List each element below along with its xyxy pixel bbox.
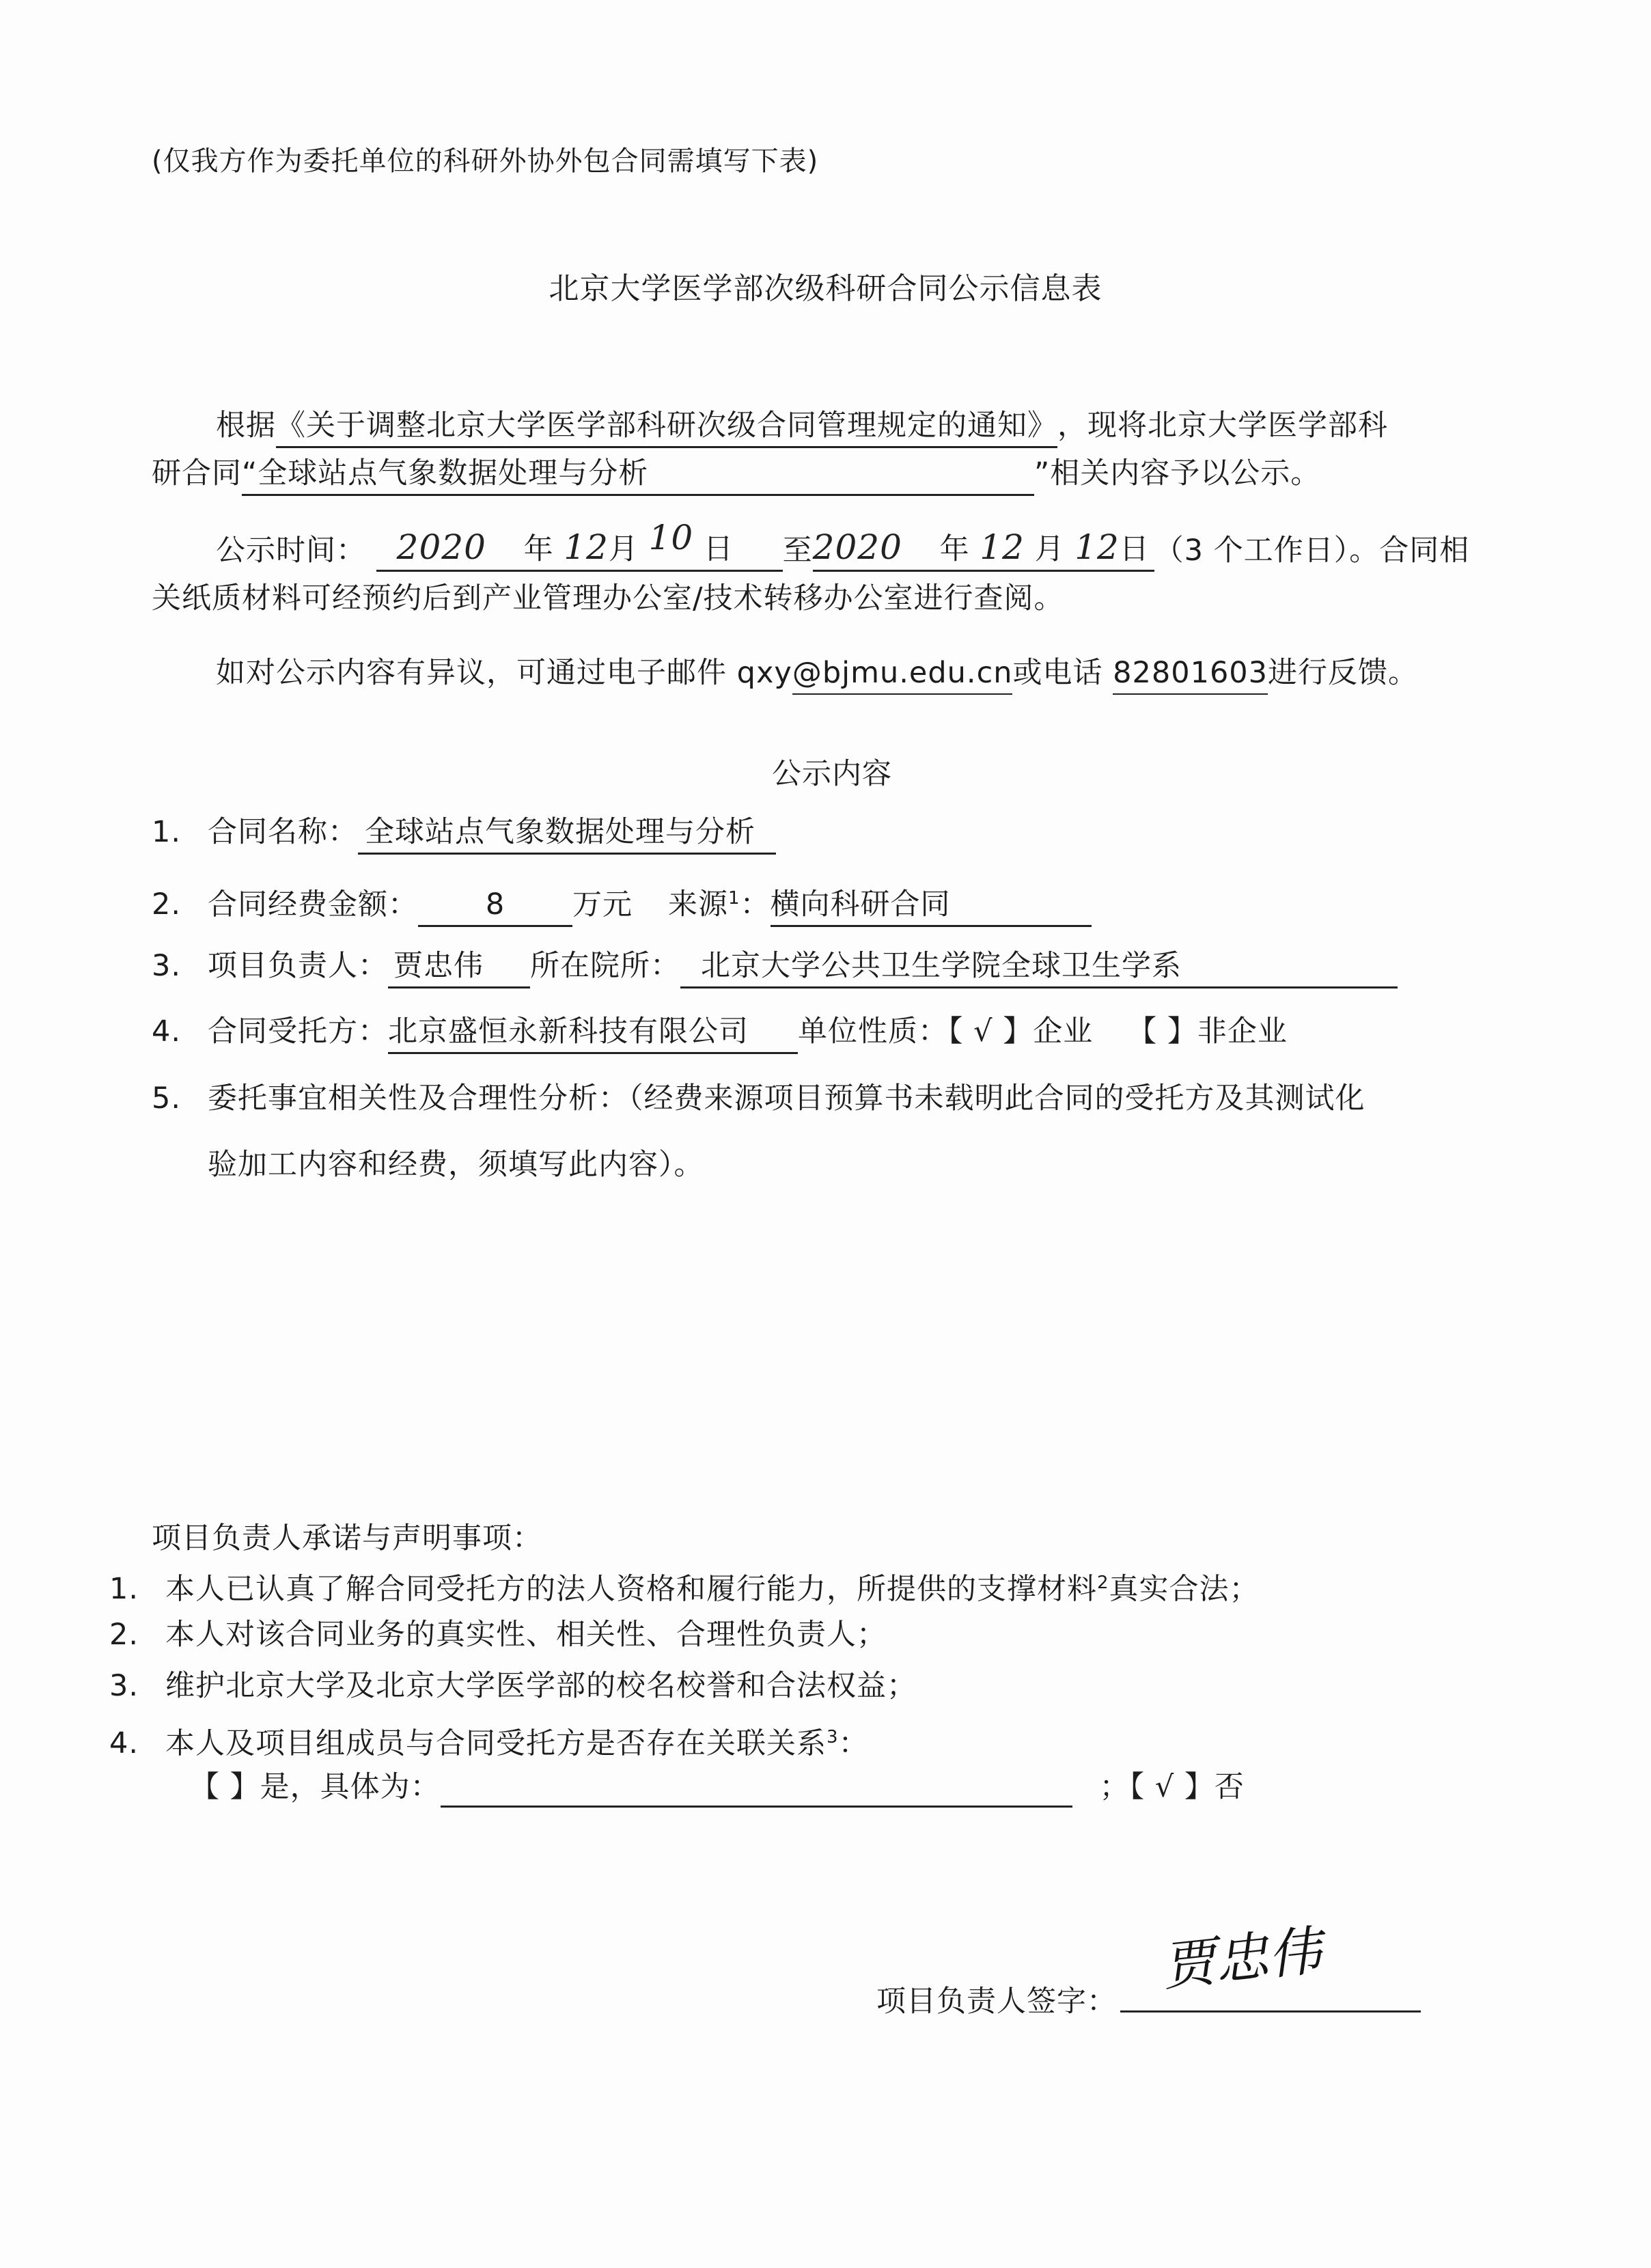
intro-line-2: 研合同“全球站点气象数据处理与分析”相关内容予以公示。 — [152, 453, 1320, 496]
footnote-2: 2 — [1097, 1573, 1109, 1593]
amount-unit: 万元 — [572, 887, 633, 922]
commitment-item: 4.本人及项目组成员与合同受托方是否存在关联关系3： — [109, 1717, 869, 1764]
leader-value: 贾忠伟 — [388, 945, 530, 988]
period-suffix: （3 个工作日）。合同相 — [1154, 534, 1470, 568]
analysis-note: （经费来源项目预算书未载明此合同的受托方及其测试化 — [628, 1081, 1365, 1116]
contract-name-value: 全球站点气象数据处理与分析 — [358, 812, 776, 855]
intro-middle: ，现将北京大学医学部科 — [1057, 409, 1388, 443]
period-to: 至 — [783, 534, 813, 568]
item-project-leader: 3.项目负责人：贾忠伟所在院所：北京大学公共卫生学院全球卫生学系 — [152, 945, 1398, 988]
institute-value: 北京大学公共卫生学院全球卫生学系 — [680, 945, 1398, 988]
item-label: 委托事宜相关性及合理性分析： — [208, 1081, 628, 1116]
no-checkbox[interactable]: 【 √ 】 — [1130, 1770, 1215, 1804]
item-contractor: 4.合同受托方：北京盛恒永新科技有限公司单位性质：【 √ 】企业【 】非企业 — [152, 1011, 1288, 1054]
phone-number: 82801603 — [1113, 652, 1268, 695]
related-detail-field[interactable] — [441, 1770, 1072, 1808]
footnote-3: 3 — [827, 1727, 839, 1747]
intro-line2-prefix: 研合同 — [152, 456, 242, 490]
start-month: 12 — [564, 527, 609, 567]
nature-label: 单位性质： — [798, 1014, 948, 1049]
signature-line — [1120, 2010, 1421, 2013]
period-line-1: 公示时间： 2020 年 12月 10 日 至 2020 年 12 月 12日 … — [216, 528, 1469, 573]
source-value: 横向科研合同 — [771, 884, 1092, 927]
enterprise-label: 企业 — [1033, 1014, 1093, 1049]
contract-name-field: “全球站点气象数据处理与分析 — [242, 453, 1034, 496]
item-label: 合同名称： — [208, 815, 358, 849]
item-label: 合同经费金额： — [208, 887, 418, 922]
no-label: 否 — [1215, 1770, 1245, 1804]
end-month: 12 — [980, 527, 1025, 567]
form-note: (仅我方作为委托单位的科研外协外包合同需填写下表) — [152, 141, 818, 182]
intro-line-1: 根据《关于调整北京大学医学部科研次级合同管理规定的通知》，现将北京大学医学部科 — [216, 405, 1388, 448]
email-link[interactable]: @bjmu.edu.cn — [792, 652, 1013, 695]
intro-line2-suffix: 相关内容予以公示。 — [1050, 456, 1320, 490]
handwritten-signature: 贾忠伟 — [1158, 1908, 1324, 2001]
intro-prefix: 根据 — [216, 409, 276, 443]
yes-label: 是，具体为： — [260, 1770, 441, 1804]
notice-name: 《关于调整北京大学医学部科研次级合同管理规定的通知》 — [276, 405, 1057, 448]
analysis-note-line-2: 验加工内容和经费，须填写此内容）。 — [208, 1144, 704, 1185]
commitment-item: 3.维护北京大学及北京大学医学部的校名校誉和合法权益； — [109, 1665, 917, 1706]
start-year: 2020 — [397, 527, 486, 567]
contact-suffix: 进行反馈。 — [1268, 656, 1418, 690]
commitments-heading: 项目负责人承诺与声明事项： — [152, 1518, 542, 1559]
item-relevance-analysis: 5.委托事宜相关性及合理性分析：（经费来源项目预算书未载明此合同的受托方及其测试… — [152, 1078, 1365, 1119]
signature-label: 项目负责人签字： — [876, 1981, 1117, 2022]
non-enterprise-label: 非企业 — [1197, 1014, 1288, 1049]
enterprise-checkbox[interactable]: 【 √ 】 — [948, 1014, 1033, 1049]
item-contract-amount: 2.合同经费金额：8万元来源1：横向科研合同 — [152, 878, 1092, 927]
amount-value: 8 — [418, 884, 572, 927]
contractor-value: 北京盛恒永新科技有限公司 — [388, 1011, 798, 1054]
start-date-field: 2020 年 12月 10 日 — [376, 527, 783, 572]
section-title: 公示内容 — [772, 753, 892, 794]
item-label: 项目负责人： — [208, 949, 388, 983]
period-line-2: 关纸质材料可经预约后到产业管理办公室/技术转移办公室进行查阅。 — [152, 578, 1064, 619]
commitment-item: 1.本人已认真了解合同受托方的法人资格和履行能力，所提供的支撑材料2真实合法； — [109, 1562, 1260, 1609]
related-party-line: 【 】是，具体为：；【 √ 】否 — [190, 1767, 1245, 1808]
item-label: 合同受托方： — [208, 1014, 388, 1049]
commitment-item: 2.本人对该合同业务的真实性、相关性、合理性负责人； — [109, 1614, 887, 1655]
end-date-field: 2020 年 12 月 12日 — [813, 527, 1154, 572]
contact-middle: 或电话 — [1012, 656, 1102, 690]
non-enterprise-checkbox[interactable]: 【 】 — [1127, 1014, 1197, 1049]
institute-label: 所在院所： — [530, 949, 680, 983]
contact-line: 如对公示内容有异议，可通过电子邮件 qxy@bjmu.edu.cn或电话 828… — [216, 652, 1418, 695]
page-title: 北京大学医学部次级科研合同公示信息表 — [0, 268, 1651, 309]
yes-checkbox[interactable]: 【 】 — [190, 1770, 260, 1804]
footnote-1: 1 — [728, 888, 740, 909]
quote-close: ” — [1034, 456, 1050, 490]
analysis-content-area[interactable] — [208, 1202, 1506, 1462]
source-label: 来源 — [668, 887, 728, 922]
end-year: 2020 — [813, 527, 902, 567]
start-day: 10 — [649, 518, 694, 557]
item-contract-name: 1.合同名称：全球站点气象数据处理与分析 — [152, 812, 776, 855]
end-day: 12 — [1074, 527, 1120, 567]
contact-prefix: 如对公示内容有异议，可通过电子邮件 qxy — [216, 656, 792, 690]
period-label: 公示时间： — [216, 534, 366, 568]
